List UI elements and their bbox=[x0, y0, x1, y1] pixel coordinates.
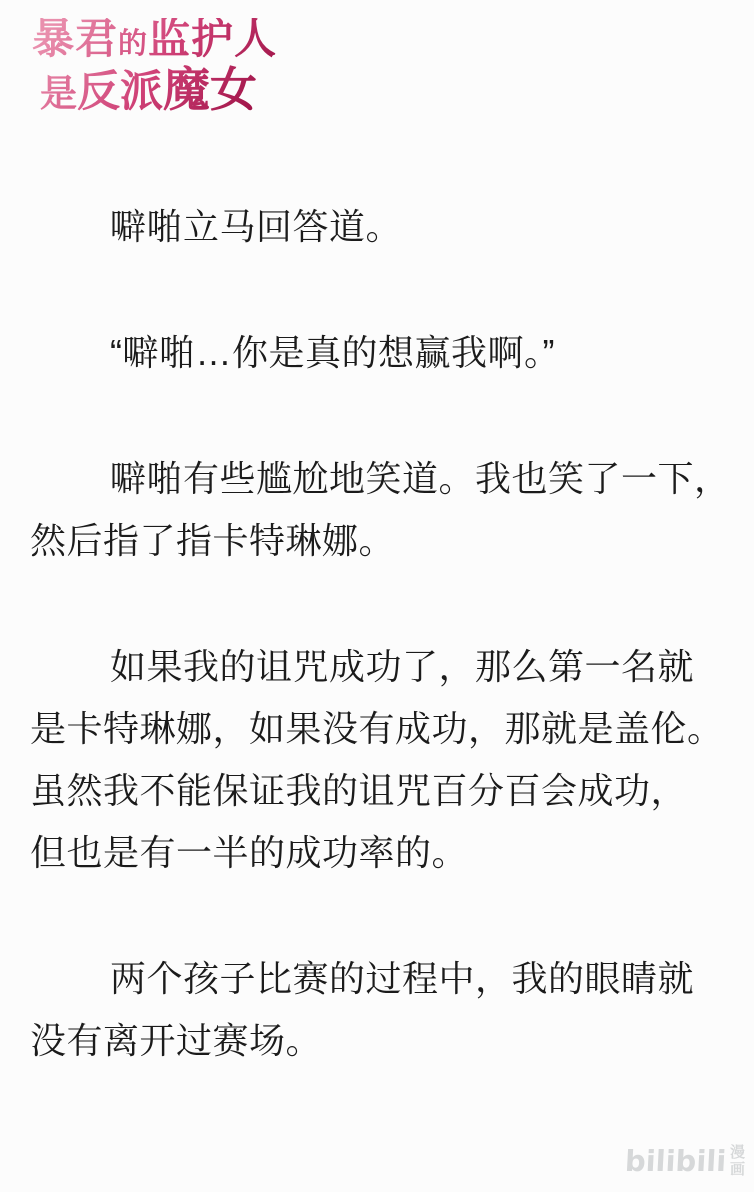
text-line: 是卡特琳娜，如果没有成功，那就是盖伦。 bbox=[30, 698, 730, 760]
bilibili-logo-text: bilibili bbox=[624, 1144, 727, 1178]
text-line: 如果我的诅咒成功了，那么第一名就 bbox=[30, 636, 730, 698]
novel-text-page: 噼啪立马回答道。 “噼啪…你是真的想赢我啊。” 噼啪有些尴尬地笑道。我也笑了一下… bbox=[0, 0, 754, 1136]
paragraph: 两个孩子比赛的过程中，我的眼睛就 没有离开过赛场。 bbox=[30, 948, 730, 1072]
paragraph: 噼啪有些尴尬地笑道。我也笑了一下， 然后指了指卡特琳娜。 bbox=[30, 448, 730, 572]
bilibili-manga-watermark: bilibili 漫画 bbox=[625, 1144, 746, 1179]
text-line: 噼啪有些尴尬地笑道。我也笑了一下， bbox=[30, 448, 730, 510]
text-line: 然后指了指卡特琳娜。 bbox=[30, 510, 730, 572]
text-line: “噼啪…你是真的想赢我啊。” bbox=[30, 322, 730, 384]
text-line: 没有离开过赛场。 bbox=[30, 1010, 730, 1072]
paragraph: “噼啪…你是真的想赢我啊。” bbox=[30, 322, 730, 384]
manga-label: 漫画 bbox=[729, 1144, 746, 1179]
text-line: 噼啪立马回答道。 bbox=[30, 196, 730, 258]
text-line: 两个孩子比赛的过程中，我的眼睛就 bbox=[30, 948, 730, 1010]
text-line: 虽然我不能保证我的诅咒百分百会成功， bbox=[30, 760, 730, 822]
text-line: 但也是有一半的成功率的。 bbox=[30, 822, 730, 884]
paragraph: 如果我的诅咒成功了，那么第一名就 是卡特琳娜，如果没有成功，那就是盖伦。 虽然我… bbox=[30, 636, 730, 884]
paragraph: 噼啪立马回答道。 bbox=[30, 196, 730, 258]
